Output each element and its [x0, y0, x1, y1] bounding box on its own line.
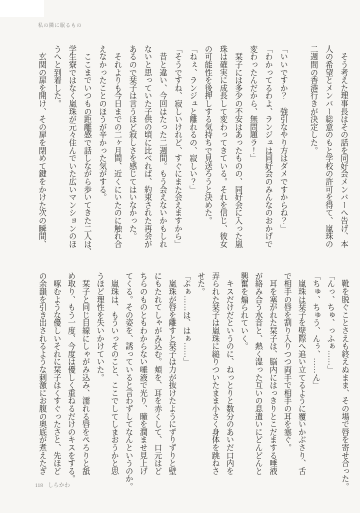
text-column: 靴を脱ぐことさえも終えぬまま、その場で唇を寄せ合った。	[338, 272, 352, 491]
text-column: 玄関の扉を開け、その扉を閉めて鍵をかけた次の瞬間、	[35, 45, 50, 265]
text-column: 「んっ、ちゅ、っふぁ……」	[323, 272, 337, 491]
page-number: 118	[35, 483, 43, 489]
text-column: 「そうですね、寂しいけれど、すぐにまた会えますから」	[171, 45, 186, 265]
text-column: 栞子には多少の不安はあったものの、同好会に入った嵐	[231, 45, 246, 265]
text-column: 「わかってるわよ、ランジュは同好会のみんなのおかげで	[261, 45, 276, 265]
text-column: ないと思っていた子供の頃に比べれば、約束された再会が	[141, 45, 156, 265]
text-column: ここまでいつもの距離感で話しながら歩いてきた二人は、	[80, 45, 95, 265]
text-column: 珠は確実に成長して変わってきている。それを信じ、彼女	[216, 45, 231, 265]
text-column: 「ちゅ、ちゅう、んぅ、……ん」	[309, 272, 323, 491]
text-band-top: そう考えた理事長はその話を同好会メンバーへ告げ、本人の希望とメンバー総意のもと学…	[34, 45, 352, 265]
text-column: 嵐珠は、もういっそのこと、ここでしてしまおうかと思	[107, 272, 121, 491]
text-column: ちらのものともわからない唾液で光り、瞳を潤ませ見上げ	[136, 272, 150, 491]
text-column: で相手の唇を割り入りつつ両手で相手の耳を塞ぐ。	[280, 272, 294, 491]
text-column: そう考えた理事長はその話を同好会メンバーへ告げ、本	[337, 45, 352, 265]
text-column: 人の希望とメンバー総意のもと学校の許可を得て、嵐珠の	[322, 45, 337, 265]
running-header-title: 私の隣に眠るもの	[38, 22, 82, 29]
text-column	[292, 45, 307, 265]
text-column: てくる。その姿を、誘っていると言わずしてなんというのか。	[122, 272, 136, 491]
text-column: 二週間の香港行きが決定した。	[307, 45, 322, 265]
text-column: 嵐珠は栞子を壁際へ追い立てるように覆いかぶさり、舌	[294, 272, 308, 491]
text-column: 興奮を煽られていく。	[237, 272, 251, 491]
text-column: 「ねぇ、ランジュと離れるの、寂しい？」	[186, 45, 201, 265]
text-column: うへと到着した。	[50, 45, 65, 265]
text-column: にもたれてしゃがみ込む。頬を、耳を赤くして、口元はど	[150, 272, 164, 491]
text-column: 耳を塞がれた栞子は、脳内にはっきりとこだまする唾液	[266, 272, 280, 491]
page-footer: 118しらかわ	[35, 481, 70, 489]
text-column: 「いいですか？ 強引なやり方はダメですからね？」	[277, 45, 292, 265]
text-column: えなかったことのほうが辛かった気がする。	[95, 45, 110, 265]
text-column: 昔と違い、今回はたった二週間。もう会えないかもしれ	[156, 45, 171, 265]
corner-patch	[0, 0, 44, 17]
text-column: せた。	[194, 272, 208, 491]
text-column: 栞子と同じ目線にしゃがみ込み、濡れる唇をぺろりと舐	[78, 272, 92, 491]
text-column: 学生寮ではなく嵐珠が元々住んでいた広いマンションのほ	[65, 45, 80, 265]
text-band-bottom: 靴を脱ぐことさえも終えぬまま、その場で唇を寄せ合った。「んっ、ちゅ、っふぁ……」…	[34, 272, 352, 491]
text-column: の余韻を引き出されるような刺激にお腹の奥底が煮えたぎ	[35, 272, 49, 491]
text-column: の可能性を後押しする気持ちで見送ろうと決めた。	[201, 45, 216, 265]
text-column: め取り、もう一度、今度は優しく重ねるだけのキスをする。	[64, 272, 78, 491]
text-column: うほど理性を失いかけていた。	[93, 272, 107, 491]
text-column: それよりも今日までの二ヶ月間、近くにいたのに触れ合	[111, 45, 126, 265]
book-page: 私の隣に眠るもの そう考えた理事長はその話を同好会メンバーへ告げ、本人の希望とメ…	[0, 0, 360, 513]
text-column: あるので栞子は言うほど寂しさを感じてはいなかった。	[126, 45, 141, 265]
text-column: が絡み合う水音と、熱く湿った互いの息遣いにどんどんと	[251, 272, 265, 491]
footer-author: しらかわ	[48, 483, 70, 489]
text-column: キスだけだというのに、ねっとりと数分のあいだ口内を	[222, 272, 236, 491]
text-column: 「ぷぁ……は、はぁ……」	[179, 272, 193, 491]
text-column: 嵐珠が唇を離すと栞子は力が抜けたようにずりずりと壁	[165, 272, 179, 491]
text-column: 啄むような優しいそれに栞子はくすぐったさと、先ほど	[49, 272, 63, 491]
text-column: 弄られた栞子は嵐珠に縋りついたまま小さく身体を跳ねさ	[208, 272, 222, 491]
text-column: 変わったんだから、無問題ラ！」	[246, 45, 261, 265]
